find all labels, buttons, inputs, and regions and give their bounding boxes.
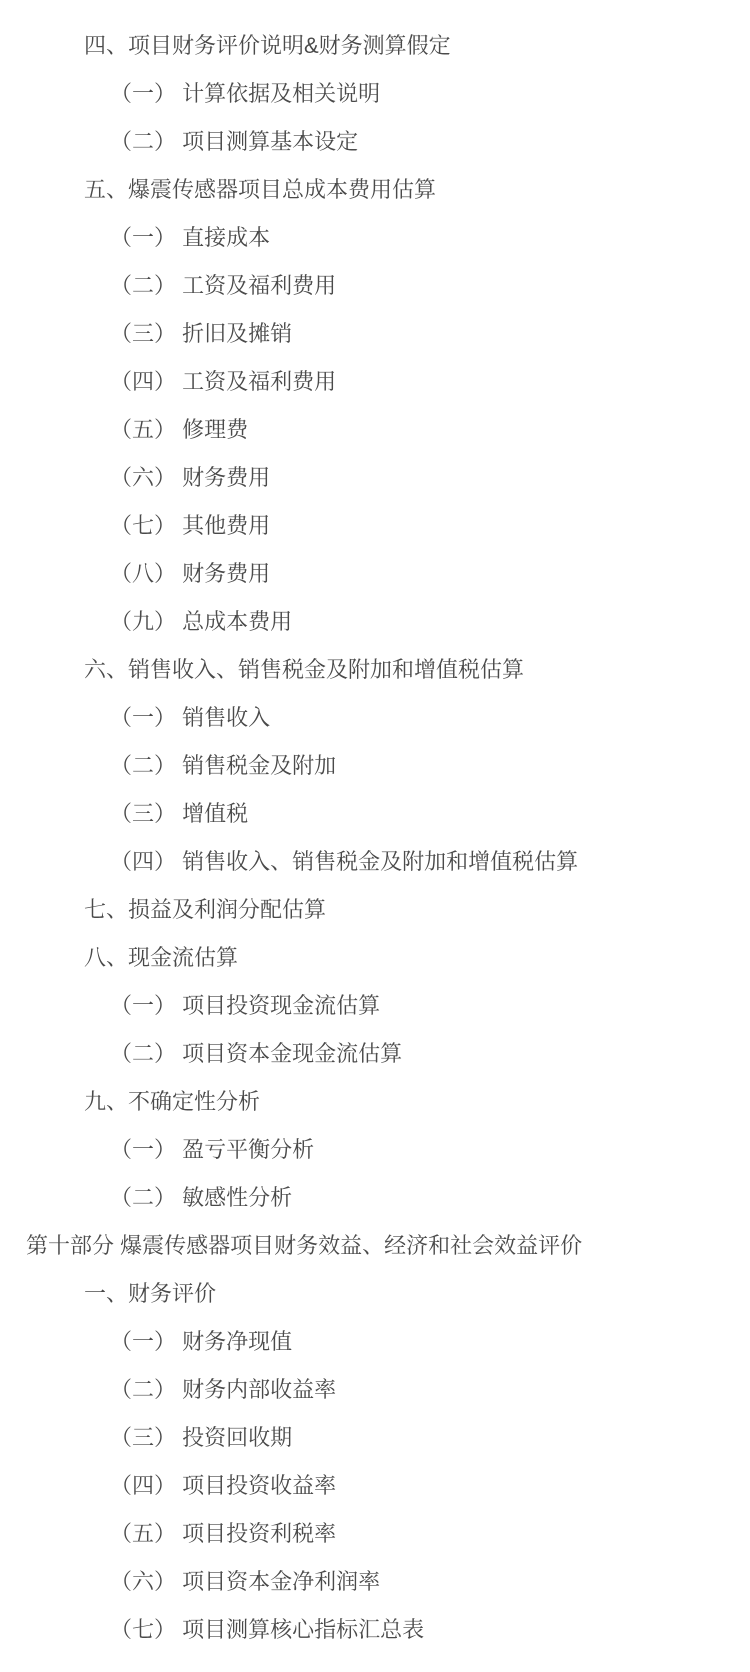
toc-item: 六、销售收入、销售税金及附加和增值税估算: [0, 646, 750, 694]
toc-item: （八） 财务费用: [0, 550, 750, 598]
toc-item: （一） 计算依据及相关说明: [0, 70, 750, 118]
toc-item: （二） 财务内部收益率: [0, 1366, 750, 1414]
toc-item: 九、不确定性分析: [0, 1078, 750, 1126]
toc-item: 第十部分 爆震传感器项目财务效益、经济和社会效益评价: [0, 1222, 750, 1270]
toc-item: （五） 修理费: [0, 406, 750, 454]
toc-item: （三） 折旧及摊销: [0, 310, 750, 358]
toc-item: （一） 盈亏平衡分析: [0, 1126, 750, 1174]
toc-item: （六） 财务费用: [0, 454, 750, 502]
toc-item: （四） 销售收入、销售税金及附加和增值税估算: [0, 838, 750, 886]
toc-item: 四、项目财务评价说明&财务测算假定: [0, 22, 750, 70]
toc-item: 七、损益及利润分配估算: [0, 886, 750, 934]
toc-item: （四） 工资及福利费用: [0, 358, 750, 406]
toc-item: 八、现金流估算: [0, 934, 750, 982]
toc-item: （三） 投资回收期: [0, 1414, 750, 1462]
toc-item: （一） 直接成本: [0, 214, 750, 262]
toc-list: 四、项目财务评价说明&财务测算假定（一） 计算依据及相关说明（二） 项目测算基本…: [0, 0, 750, 1654]
toc-item: （七） 项目测算核心指标汇总表: [0, 1606, 750, 1654]
toc-item: （二） 项目资本金现金流估算: [0, 1030, 750, 1078]
toc-item: （二） 项目测算基本设定: [0, 118, 750, 166]
toc-item: 五、爆震传感器项目总成本费用估算: [0, 166, 750, 214]
toc-item: （四） 项目投资收益率: [0, 1462, 750, 1510]
toc-item: （二） 敏感性分析: [0, 1174, 750, 1222]
toc-item: （二） 工资及福利费用: [0, 262, 750, 310]
toc-item: （三） 增值税: [0, 790, 750, 838]
toc-item: （一） 销售收入: [0, 694, 750, 742]
toc-item: （一） 项目投资现金流估算: [0, 982, 750, 1030]
toc-item: （六） 项目资本金净利润率: [0, 1558, 750, 1606]
toc-item: （九） 总成本费用: [0, 598, 750, 646]
toc-item: （一） 财务净现值: [0, 1318, 750, 1366]
toc-item: 一、财务评价: [0, 1270, 750, 1318]
toc-item: （七） 其他费用: [0, 502, 750, 550]
toc-item: （五） 项目投资利税率: [0, 1510, 750, 1558]
document-page: 四、项目财务评价说明&财务测算假定（一） 计算依据及相关说明（二） 项目测算基本…: [0, 0, 750, 1672]
toc-item: （二） 销售税金及附加: [0, 742, 750, 790]
